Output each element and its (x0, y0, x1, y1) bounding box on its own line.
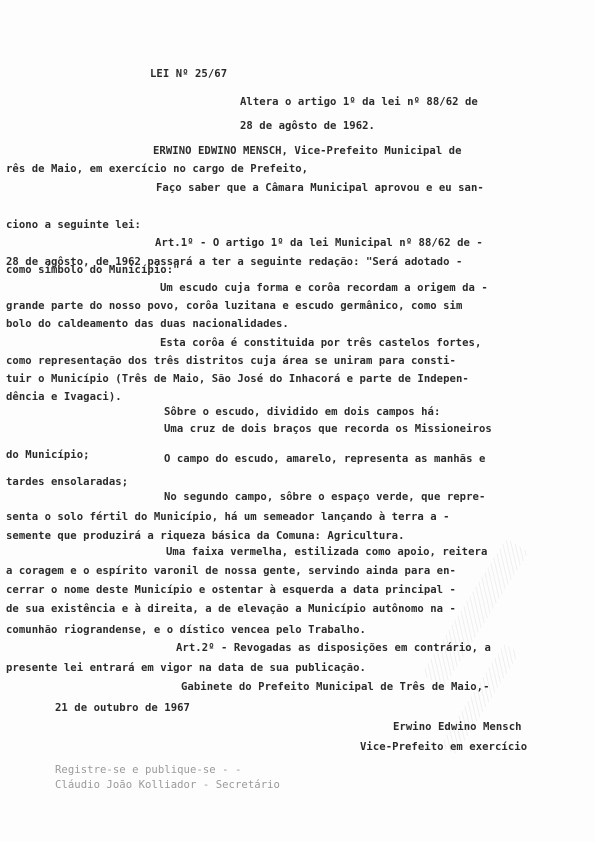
body-line: Sôbre o escudo, dividido em dois campos … (164, 406, 440, 418)
body-line: bolo do caldeamento das duas nacionalida… (6, 318, 289, 330)
footer-secretary: Cláudio João Kolliador - Secretário (55, 779, 280, 791)
article-2-heading: Art.2º - Revogadas as disposições em con… (176, 642, 491, 654)
body-line: dência e Ivagaci). (6, 391, 122, 403)
law-summary-line-1: Altera o artigo 1º da lei nº 88/62 de (240, 96, 478, 108)
body-line: tuir o Município (Três de Maio, São José… (6, 373, 469, 385)
body-line: cerrar o nome deste Município e ostentar… (6, 584, 456, 596)
body-line: ERWINO EDWINO MENSCH, Vice-Prefeito Muni… (153, 145, 462, 157)
body-line: ciono a seguinte lei: (6, 219, 141, 231)
body-line: O campo do escudo, amarelo, representa a… (164, 453, 485, 465)
body-line: grande parte do nosso povo, corôa luzita… (6, 300, 462, 312)
body-line: Um escudo cuja forma e corôa recordam a … (160, 282, 488, 294)
law-number: LEI Nº 25/67 (150, 68, 227, 80)
document-date: 21 de outubro de 1967 (55, 702, 190, 714)
body-line: tardes ensolaradas; (6, 476, 128, 488)
body-line: como símbolo do Município:" (6, 264, 180, 276)
body-line: a coragem e o espírito varonil de nossa … (6, 565, 456, 577)
office-line: Gabinete do Prefeito Municipal de Três d… (181, 681, 490, 693)
body-line: Esta corôa é constituida por três castel… (160, 337, 481, 349)
signature-title: Vice-Prefeito em exercício (360, 741, 527, 753)
body-line: comunhão riograndense, e o dístico vence… (6, 624, 366, 636)
signature-name: Erwino Edwino Mensch (393, 721, 522, 733)
body-line: Uma cruz de dois braços que recorda os M… (164, 423, 492, 435)
body-line: rês de Maio, em exercício no cargo de Pr… (6, 163, 308, 175)
footer-publish-note: Registre-se e publique-se - - (55, 764, 241, 776)
body-line: Faço saber que a Câmara Municipal aprovo… (156, 182, 484, 194)
scanned-document-page: LEI Nº 25/67 Altera o artigo 1º da lei n… (0, 0, 595, 842)
body-line: senta o solo fértil do Município, há um … (6, 511, 450, 523)
body-line: como representação dos três distritos cu… (6, 355, 456, 367)
body-line: Uma faixa vermelha, estilizada como apoi… (166, 546, 487, 558)
body-line: semente que produzirá a riqueza básica d… (6, 530, 405, 542)
law-summary-line-2: 28 de agôsto de 1962. (240, 120, 375, 132)
body-line: do Município; (6, 449, 90, 461)
body-line: presente lei entrará em vigor na data de… (6, 662, 366, 674)
article-1-heading: Art.1º - O artigo 1º da lei Municipal nº… (155, 237, 483, 249)
body-line: No segundo campo, sôbre o espaço verde, … (164, 491, 485, 503)
body-line: de sua existência e à direita, a de elev… (6, 603, 456, 615)
